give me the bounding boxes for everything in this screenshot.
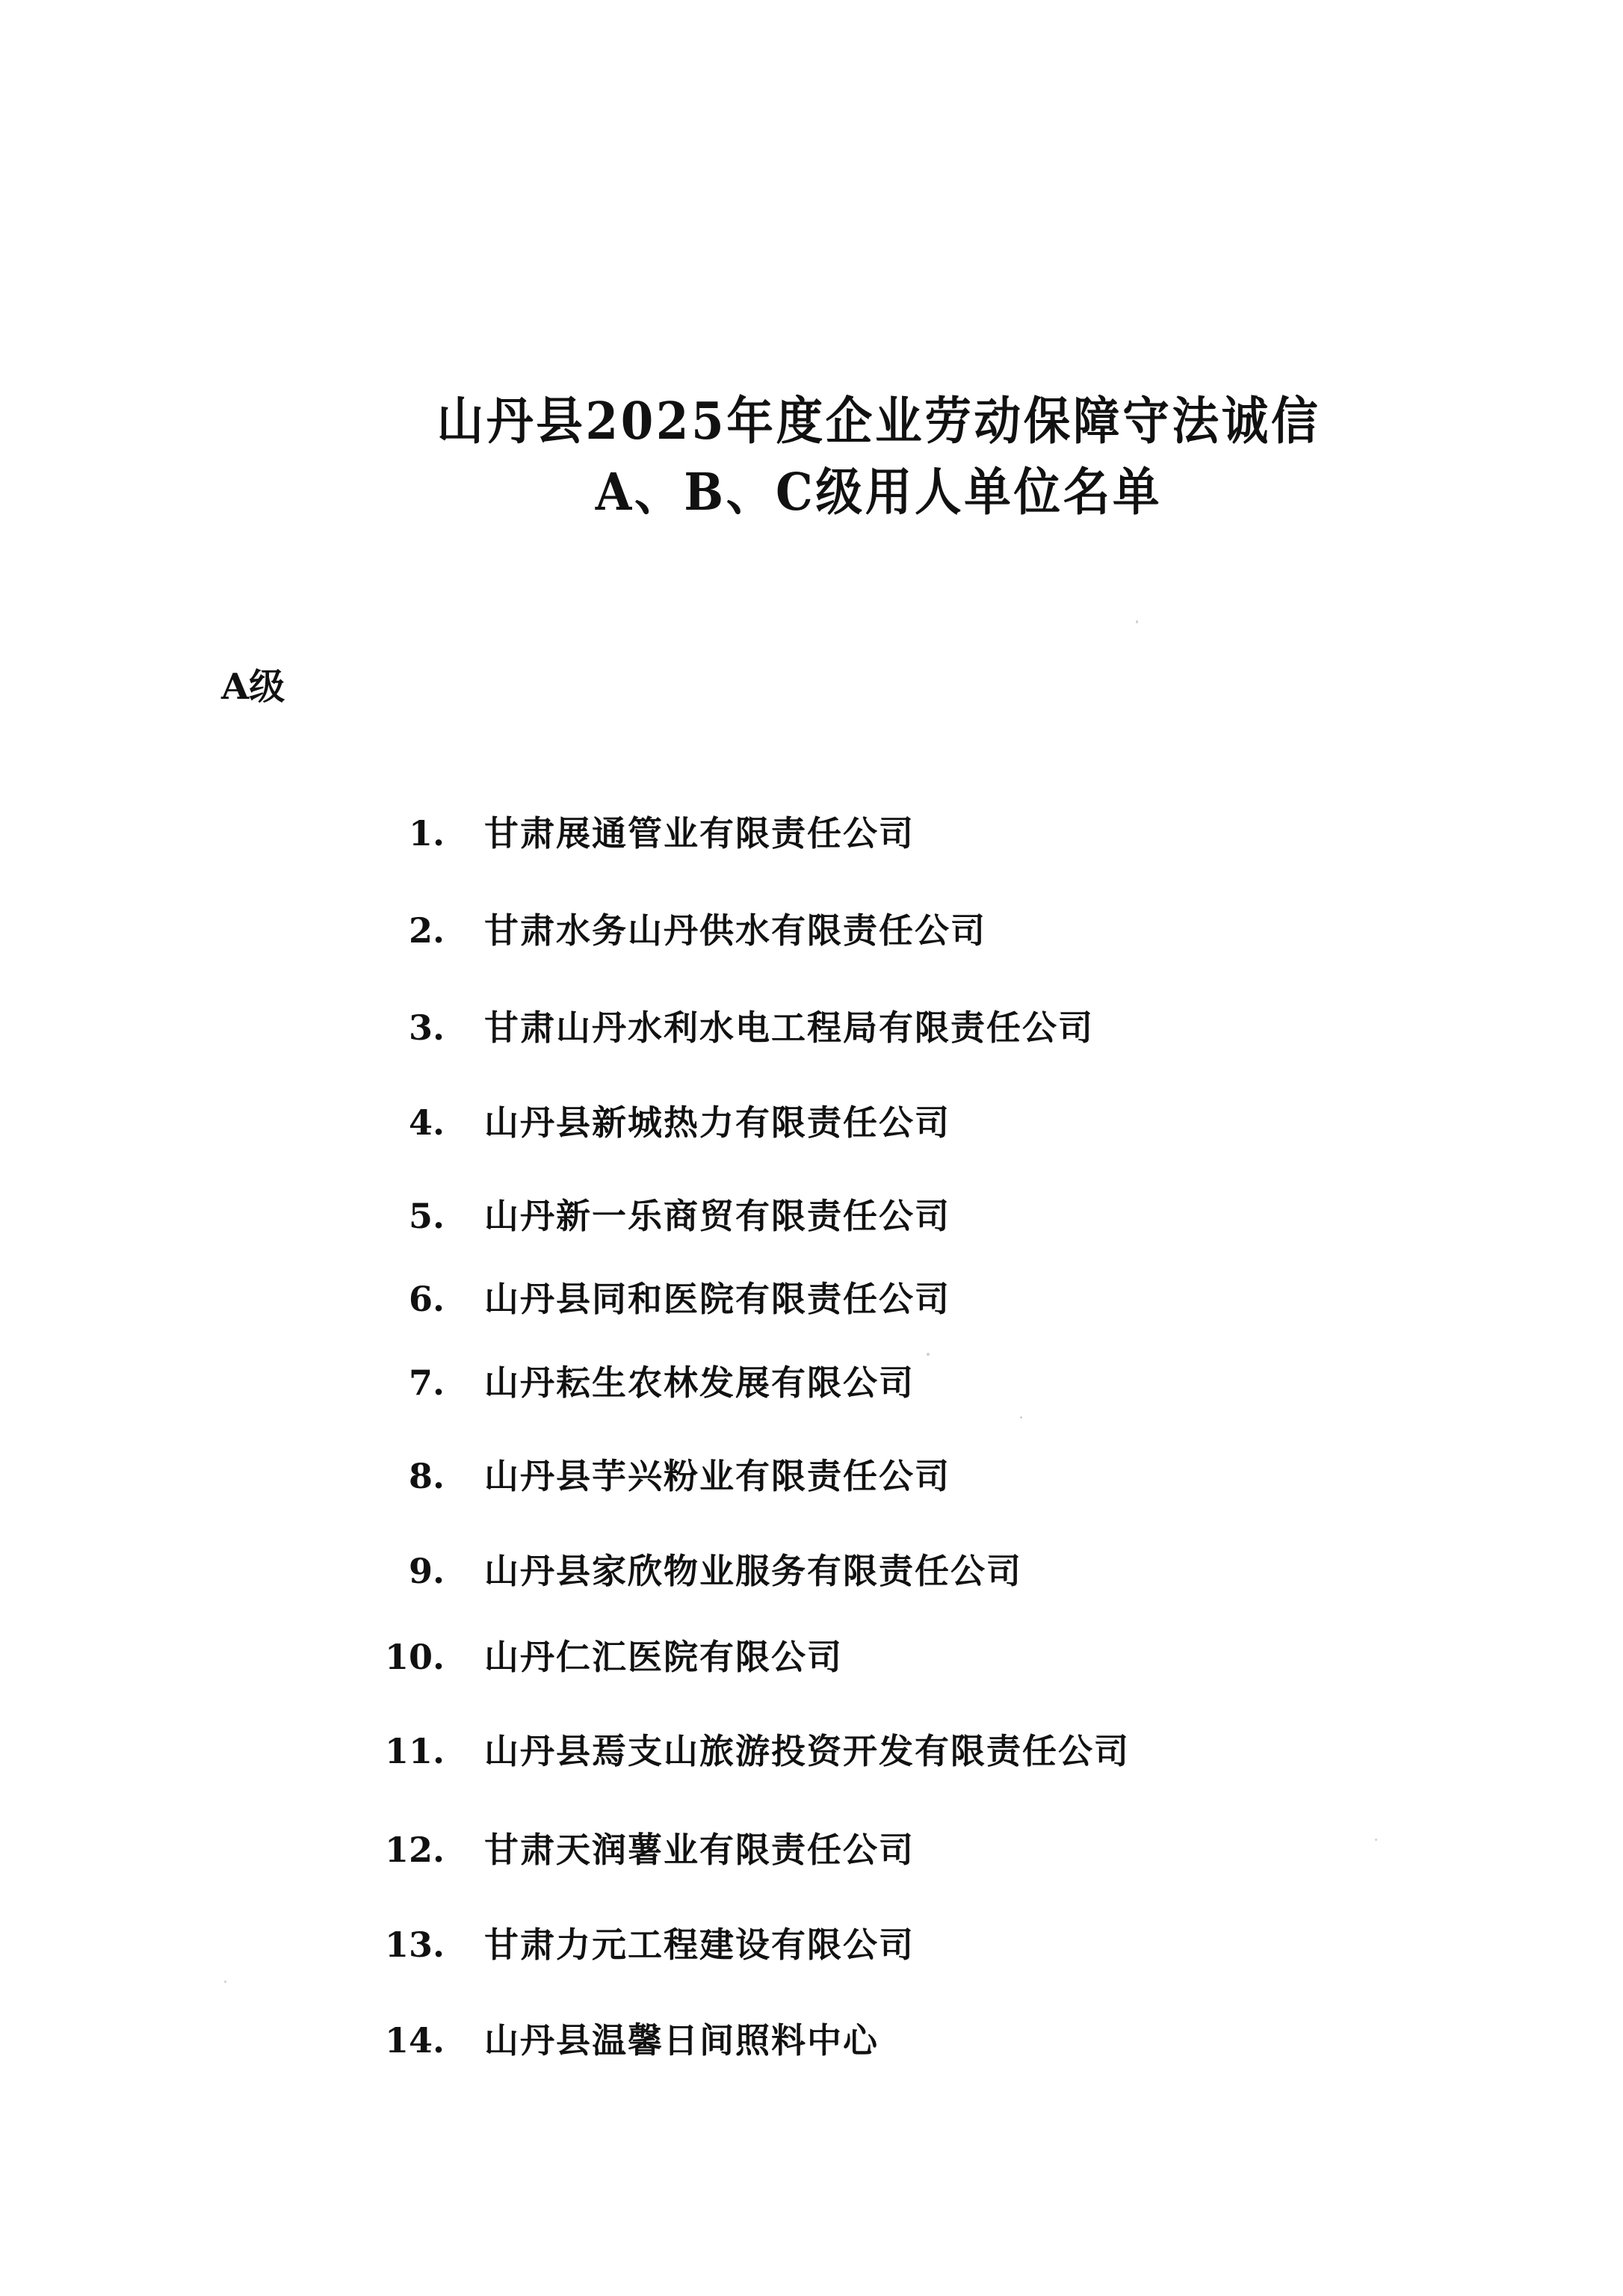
company-name: 甘肃天润薯业有限责任公司 — [484, 1827, 915, 1872]
company-name: 甘肃山丹水利水电工程局有限责任公司 — [484, 1005, 1094, 1050]
scan-speck — [927, 1353, 930, 1356]
document-title-line-2: A、B、C级用人单位名单 — [132, 467, 1623, 518]
document-page: 山丹县2025年度企业劳动保障守法诚信 A、B、C级用人单位名单 A级 1. 甘… — [0, 0, 1623, 2296]
company-name: 山丹县同和医院有限责任公司 — [484, 1277, 950, 1321]
item-number: 4. — [370, 1100, 445, 1145]
item-number: 12. — [370, 1827, 445, 1872]
company-name: 山丹仁汇医院有限公司 — [484, 1635, 843, 1679]
scan-speck — [1375, 1839, 1377, 1841]
company-name: 山丹耘生农林发展有限公司 — [484, 1360, 915, 1405]
item-number: 10. — [370, 1635, 445, 1679]
scan-speck — [1020, 1416, 1022, 1419]
company-name: 山丹县芋兴粉业有限责任公司 — [484, 1454, 950, 1499]
item-number: 11. — [370, 1729, 445, 1774]
company-name: 山丹县焉支山旅游投资开发有限责任公司 — [484, 1729, 1130, 1774]
company-name: 甘肃力元工程建设有限公司 — [484, 1922, 915, 1967]
scan-speck — [224, 1981, 226, 1983]
item-number: 5. — [370, 1194, 445, 1238]
section-label-a-grade: A级 — [221, 669, 285, 705]
item-number: 1. — [370, 811, 445, 856]
item-number: 7. — [370, 1360, 445, 1405]
item-number: 14. — [370, 2018, 445, 2063]
document-title-line-1: 山丹县2025年度企业劳动保障守法诚信 — [132, 396, 1623, 447]
scan-speck — [1136, 620, 1138, 623]
item-number: 9. — [370, 1549, 445, 1593]
company-name: 山丹县温馨日间照料中心 — [484, 2018, 879, 2063]
company-name: 甘肃水务山丹供水有限责任公司 — [484, 908, 986, 953]
item-number: 2. — [370, 908, 445, 953]
item-number: 13. — [370, 1922, 445, 1967]
company-name: 山丹县新城热力有限责任公司 — [484, 1100, 950, 1145]
item-number: 8. — [370, 1454, 445, 1499]
item-number: 6. — [370, 1277, 445, 1321]
company-name: 甘肃展通管业有限责任公司 — [484, 811, 915, 856]
item-number: 3. — [370, 1005, 445, 1050]
company-name: 山丹新一乐商贸有限责任公司 — [484, 1194, 950, 1238]
company-name: 山丹县家欣物业服务有限责任公司 — [484, 1549, 1022, 1593]
